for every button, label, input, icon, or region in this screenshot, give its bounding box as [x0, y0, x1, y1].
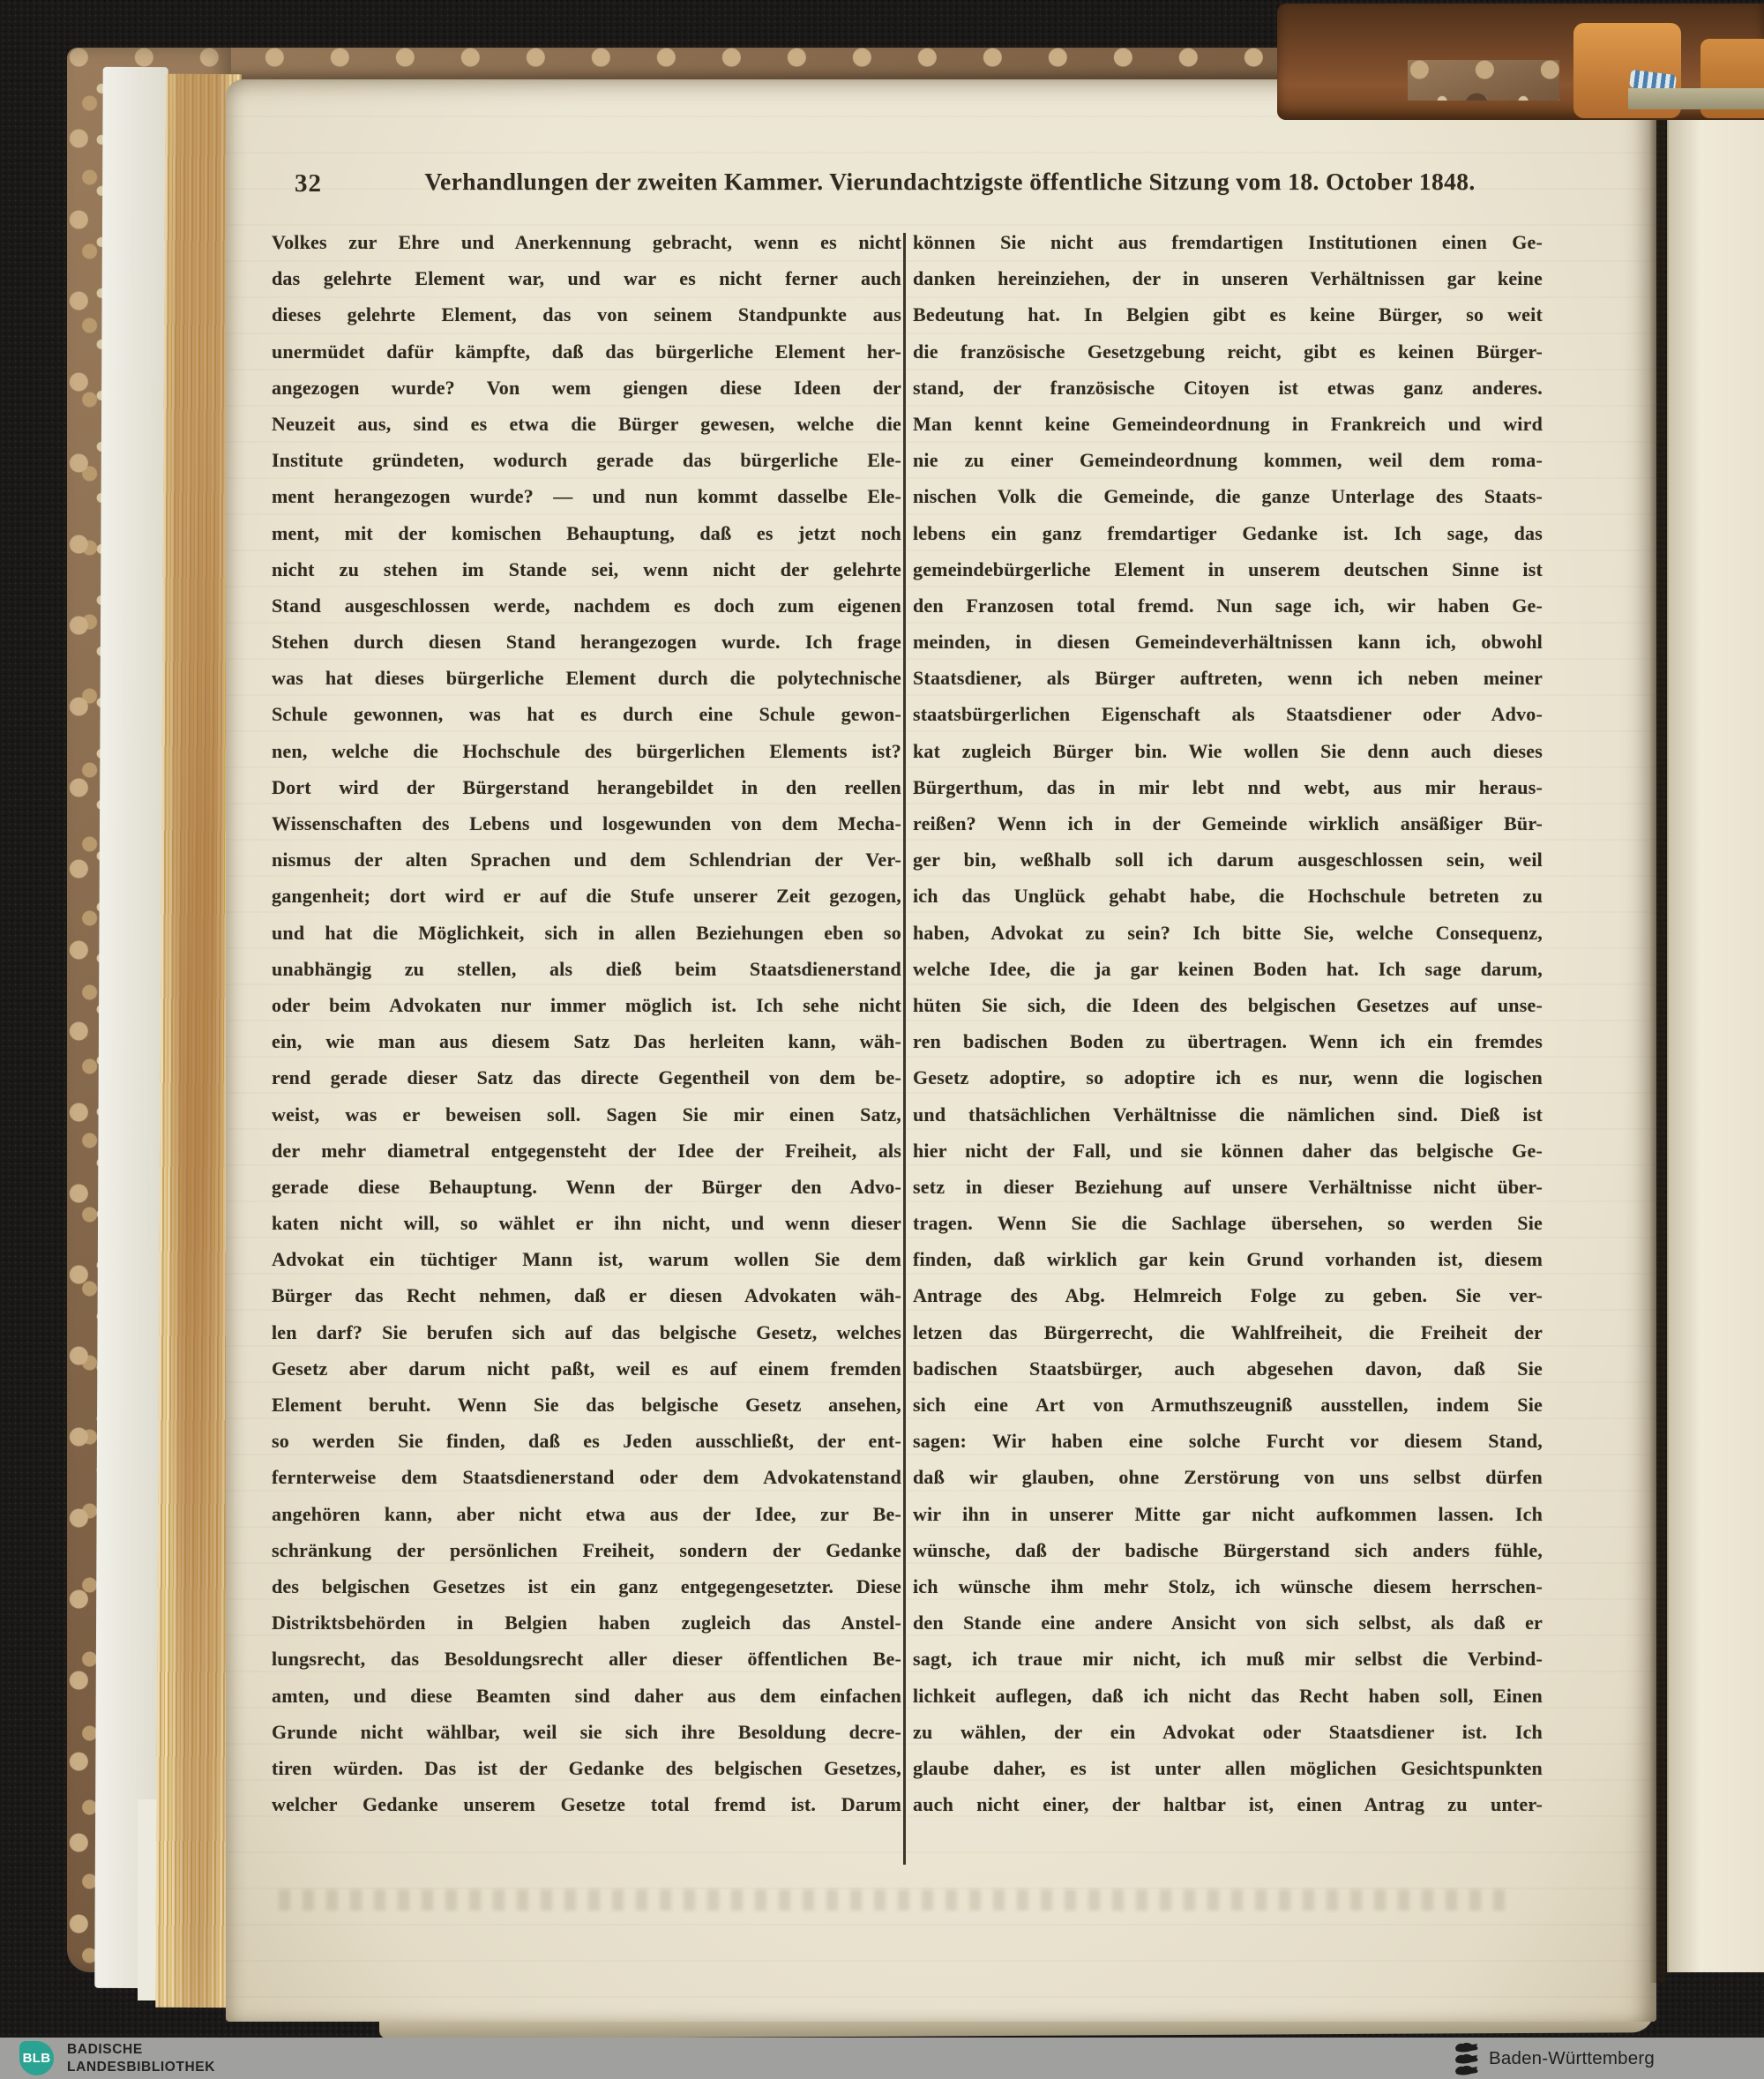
three-lions-icon	[1454, 2041, 1480, 2076]
text-line: gangenheit; dort wird er auf die Stufe u…	[272, 878, 901, 914]
text-line: Advokat ein tüchtiger Mann ist, warum wo…	[272, 1241, 901, 1277]
page-header: 32 Verhandlungen der zweiten Kammer. Vie…	[226, 168, 1656, 206]
text-line: Gesetz aber darum nicht paßt, weil es au…	[272, 1350, 901, 1387]
text-line: ren badischen Boden zu übertragen. Wenn …	[913, 1023, 1543, 1059]
text-line: der mehr diametral entgegensteht der Ide…	[272, 1133, 901, 1169]
text-line: welcher Gedanke unserem Gesetze total fr…	[272, 1786, 901, 1822]
text-line: Staatsdiener, als Bürger auftreten, wenn…	[913, 660, 1543, 696]
library-name-line1: BADISCHE	[67, 2041, 215, 2059]
text-line: den Stande eine andere Ansicht von sich …	[913, 1604, 1543, 1641]
text-line: glaube daher, es ist unter allen möglich…	[913, 1750, 1543, 1786]
text-line: dieses gelehrte Element, das von seinem …	[272, 296, 901, 333]
text-line: nischen Volk die Gemeinde, die ganze Unt…	[913, 478, 1543, 514]
text-line: stand, der französische Citoyen ist etwa…	[913, 370, 1543, 406]
text-line: reißen? Wenn ich in der Gemeinde wirklic…	[913, 805, 1543, 841]
text-line: angezogen wurde? Von wem giengen diese I…	[272, 370, 901, 406]
text-line: und thatsächlichen Verhältnisse die näml…	[913, 1096, 1543, 1133]
binding-gutter-shadow	[1649, 58, 1669, 1983]
text-line: angehören kann, aber nicht etwa aus der …	[272, 1496, 901, 1532]
text-line: hüten Sie sich, die Ideen des belgischen…	[913, 987, 1543, 1023]
text-line: Institute gründeten, wodurch gerade das …	[272, 442, 901, 478]
text-line: das gelehrte Element war, und war es nic…	[272, 260, 901, 296]
text-line: rend gerade dieser Satz das directe Gege…	[272, 1059, 901, 1096]
text-line: amten, und diese Beamten sind daher aus …	[272, 1678, 901, 1714]
text-line: finden, daß wirklich gar kein Grund vorh…	[913, 1241, 1543, 1277]
text-line: Bedeutung hat. In Belgien gibt es keine …	[913, 296, 1543, 333]
text-line: nie zu einer Gemeindeordnung kommen, wei…	[913, 442, 1543, 478]
facing-page-edge	[1667, 56, 1764, 1972]
column-divider-rule	[903, 233, 906, 1865]
text-line: meinden, in diesen Gemeindeverhältnissen…	[913, 624, 1543, 660]
text-line: Distriktsbehörden in Belgien haben zugle…	[272, 1604, 901, 1641]
text-line: sagt, ich traue mir nicht, ich muß mir s…	[913, 1641, 1543, 1677]
spine-marbled-patch	[1408, 60, 1559, 101]
text-line: lebens ein ganz fremdartiger Gedanke ist…	[913, 515, 1543, 551]
text-line: nismus der alten Sprachen und dem Schlen…	[272, 841, 901, 878]
text-line: tragen. Wenn Sie die Sachlage übersehen,…	[913, 1205, 1543, 1241]
text-line: Stehen durch diesen Stand herangezogen w…	[272, 624, 901, 660]
text-column-left: Volkes zur Ehre und Anerkennung gebracht…	[272, 224, 901, 1822]
text-line: ger bin, weßhalb soll ich darum ausgesch…	[913, 841, 1543, 878]
text-line: Dort wird der Bürgerstand herangebildet …	[272, 769, 901, 805]
text-line: Bürgerthum, das in mir lebt nnd webt, au…	[913, 769, 1543, 805]
scanned-book-photo: 32 Verhandlungen der zweiten Kammer. Vie…	[0, 0, 1764, 2079]
text-block-top-edge	[1628, 88, 1764, 109]
text-line: ich wünsche ihm mehr Stolz, ich wünsche …	[913, 1568, 1543, 1604]
text-line: zu wählen, der ein Advokat oder Staatsdi…	[913, 1714, 1543, 1750]
library-footer-bar: BLB BADISCHE LANDESBIBLIOTHEK Baden-Würt…	[0, 2038, 1764, 2079]
text-line: haben, Advokat zu sein? Ich bitte Sie, w…	[913, 915, 1543, 951]
book-page: 32 Verhandlungen der zweiten Kammer. Vie…	[226, 79, 1656, 2022]
text-line: badischen Staatsbürger, auch abgesehen d…	[913, 1350, 1543, 1387]
text-line: weist, was er beweisen soll. Sagen Sie m…	[272, 1096, 901, 1133]
text-line: tiren würden. Das ist der Gedanke des be…	[272, 1750, 901, 1786]
text-line: staatsbürgerlichen Eigenschaft als Staat…	[913, 696, 1543, 732]
text-line: sagen: Wir haben eine solche Furcht vor …	[913, 1423, 1543, 1459]
text-line: ich das Unglück gehabt habe, die Hochsch…	[913, 878, 1543, 914]
text-line: Stand ausgeschlossen werde, nachdem es d…	[272, 587, 901, 624]
text-line: Bürger das Recht nehmen, daß er diesen A…	[272, 1277, 901, 1313]
text-line: unermüdet dafür kämpfte, daß das bürgerl…	[272, 333, 901, 370]
text-line: was hat dieses bürgerliche Element durch…	[272, 660, 901, 696]
text-line: wir ihn in unserer Mitte gar nicht aufko…	[913, 1496, 1543, 1532]
text-line: Man kennt keine Gemeindeordnung in Frank…	[913, 406, 1543, 442]
text-line: setz in dieser Beziehung auf unsere Verh…	[913, 1169, 1543, 1205]
text-line: Antrage des Abg. Helmreich Folge zu gebe…	[913, 1277, 1543, 1313]
state-brand: Baden-Württemberg	[1454, 2038, 1655, 2079]
state-name: Baden-Württemberg	[1489, 2048, 1655, 2069]
text-line: Wissenschaften des Lebens und losgewunde…	[272, 805, 901, 841]
text-line: lungsrecht, das Besoldungsrecht aller di…	[272, 1641, 901, 1677]
text-line: des belgischen Gesetzes ist ein ganz ent…	[272, 1568, 901, 1604]
text-line: den Franzosen total fremd. Nun sage ich,…	[913, 587, 1543, 624]
text-line: ein, wie man aus diesem Satz Das herleit…	[272, 1023, 901, 1059]
text-line: gemeindebürgerliche Element in unserem d…	[913, 551, 1543, 587]
text-line: Volkes zur Ehre und Anerkennung gebracht…	[272, 224, 901, 260]
text-line: auch nicht einer, der haltbar ist, einen…	[913, 1786, 1543, 1822]
text-line: sich eine Art von Armuthszeugniß ausstel…	[913, 1387, 1543, 1423]
library-name: BADISCHE LANDESBIBLIOTHEK	[67, 2041, 215, 2075]
library-name-line2: LANDESBIBLIOTHEK	[67, 2059, 215, 2076]
text-line: welche Idee, die ja gar keinen Boden hat…	[913, 951, 1543, 987]
text-line: danken hereinziehen, der in unseren Verh…	[913, 260, 1543, 296]
text-line: so werden Sie finden, daß es Jeden aussc…	[272, 1423, 901, 1459]
text-line: nen, welche die Hochschule des bürgerlic…	[272, 733, 901, 769]
text-line: gerade diese Behauptung. Wenn der Bürger…	[272, 1169, 901, 1205]
text-line: können Sie nicht aus fremdartigen Instit…	[913, 224, 1543, 260]
text-line: letzen das Bürgerrecht, die Wahlfreiheit…	[913, 1314, 1543, 1350]
text-line: und hat die Möglichkeit, sich in allen B…	[272, 915, 901, 951]
text-line: len darf? Sie berufen sich auf das belgi…	[272, 1314, 901, 1350]
text-line: nicht zu stehen im Stande sei, wenn nich…	[272, 551, 901, 587]
text-line: oder beim Advokaten nur immer möglich is…	[272, 987, 901, 1023]
text-line: wünsche, daß der badische Bürgerstand si…	[913, 1532, 1543, 1568]
text-line: kat zugleich Bürger bin. Wie wollen Sie …	[913, 733, 1543, 769]
blb-logo-icon: BLB	[19, 2041, 54, 2075]
running-title: Verhandlungen der zweiten Kammer. Vierun…	[358, 168, 1542, 196]
marbled-board-top-edge	[67, 48, 1445, 79]
text-line: fernterweise dem Staatsdienerstand oder …	[272, 1459, 901, 1495]
ink-showthrough-smudge	[279, 1889, 1505, 1911]
text-line: katen nicht will, so wählet er ihn nicht…	[272, 1205, 901, 1241]
text-line: lichkeit auflegen, daß ich nicht das Rec…	[913, 1678, 1543, 1714]
text-line: Element beruht. Wenn Sie das belgische G…	[272, 1387, 901, 1423]
text-line: ment herangezogen wurde? — und nun kommt…	[272, 478, 901, 514]
text-line: Grunde nicht wählbar, weil sie sich ihre…	[272, 1714, 901, 1750]
page-number: 32	[295, 169, 322, 198]
text-column-right: können Sie nicht aus fremdartigen Instit…	[913, 224, 1543, 1822]
text-line: hier nicht der Fall, und sie können dahe…	[913, 1133, 1543, 1169]
text-line: ment, mit der komischen Behauptung, daß …	[272, 515, 901, 551]
text-line: unabhängig zu stellen, als dieß beim Sta…	[272, 951, 901, 987]
text-line: daß wir glauben, ohne Zerstörung von uns…	[913, 1459, 1543, 1495]
text-line: Gesetz adoptire, so adoptire ich es nur,…	[913, 1059, 1543, 1096]
text-line: Schule gewonnen, was hat es durch eine S…	[272, 696, 901, 732]
text-line: die französische Gesetzgebung reicht, gi…	[913, 333, 1543, 370]
text-line: schränkung der persönlichen Freiheit, so…	[272, 1532, 901, 1568]
text-line: Neuzeit aus, sind es etwa die Bürger gew…	[272, 406, 901, 442]
